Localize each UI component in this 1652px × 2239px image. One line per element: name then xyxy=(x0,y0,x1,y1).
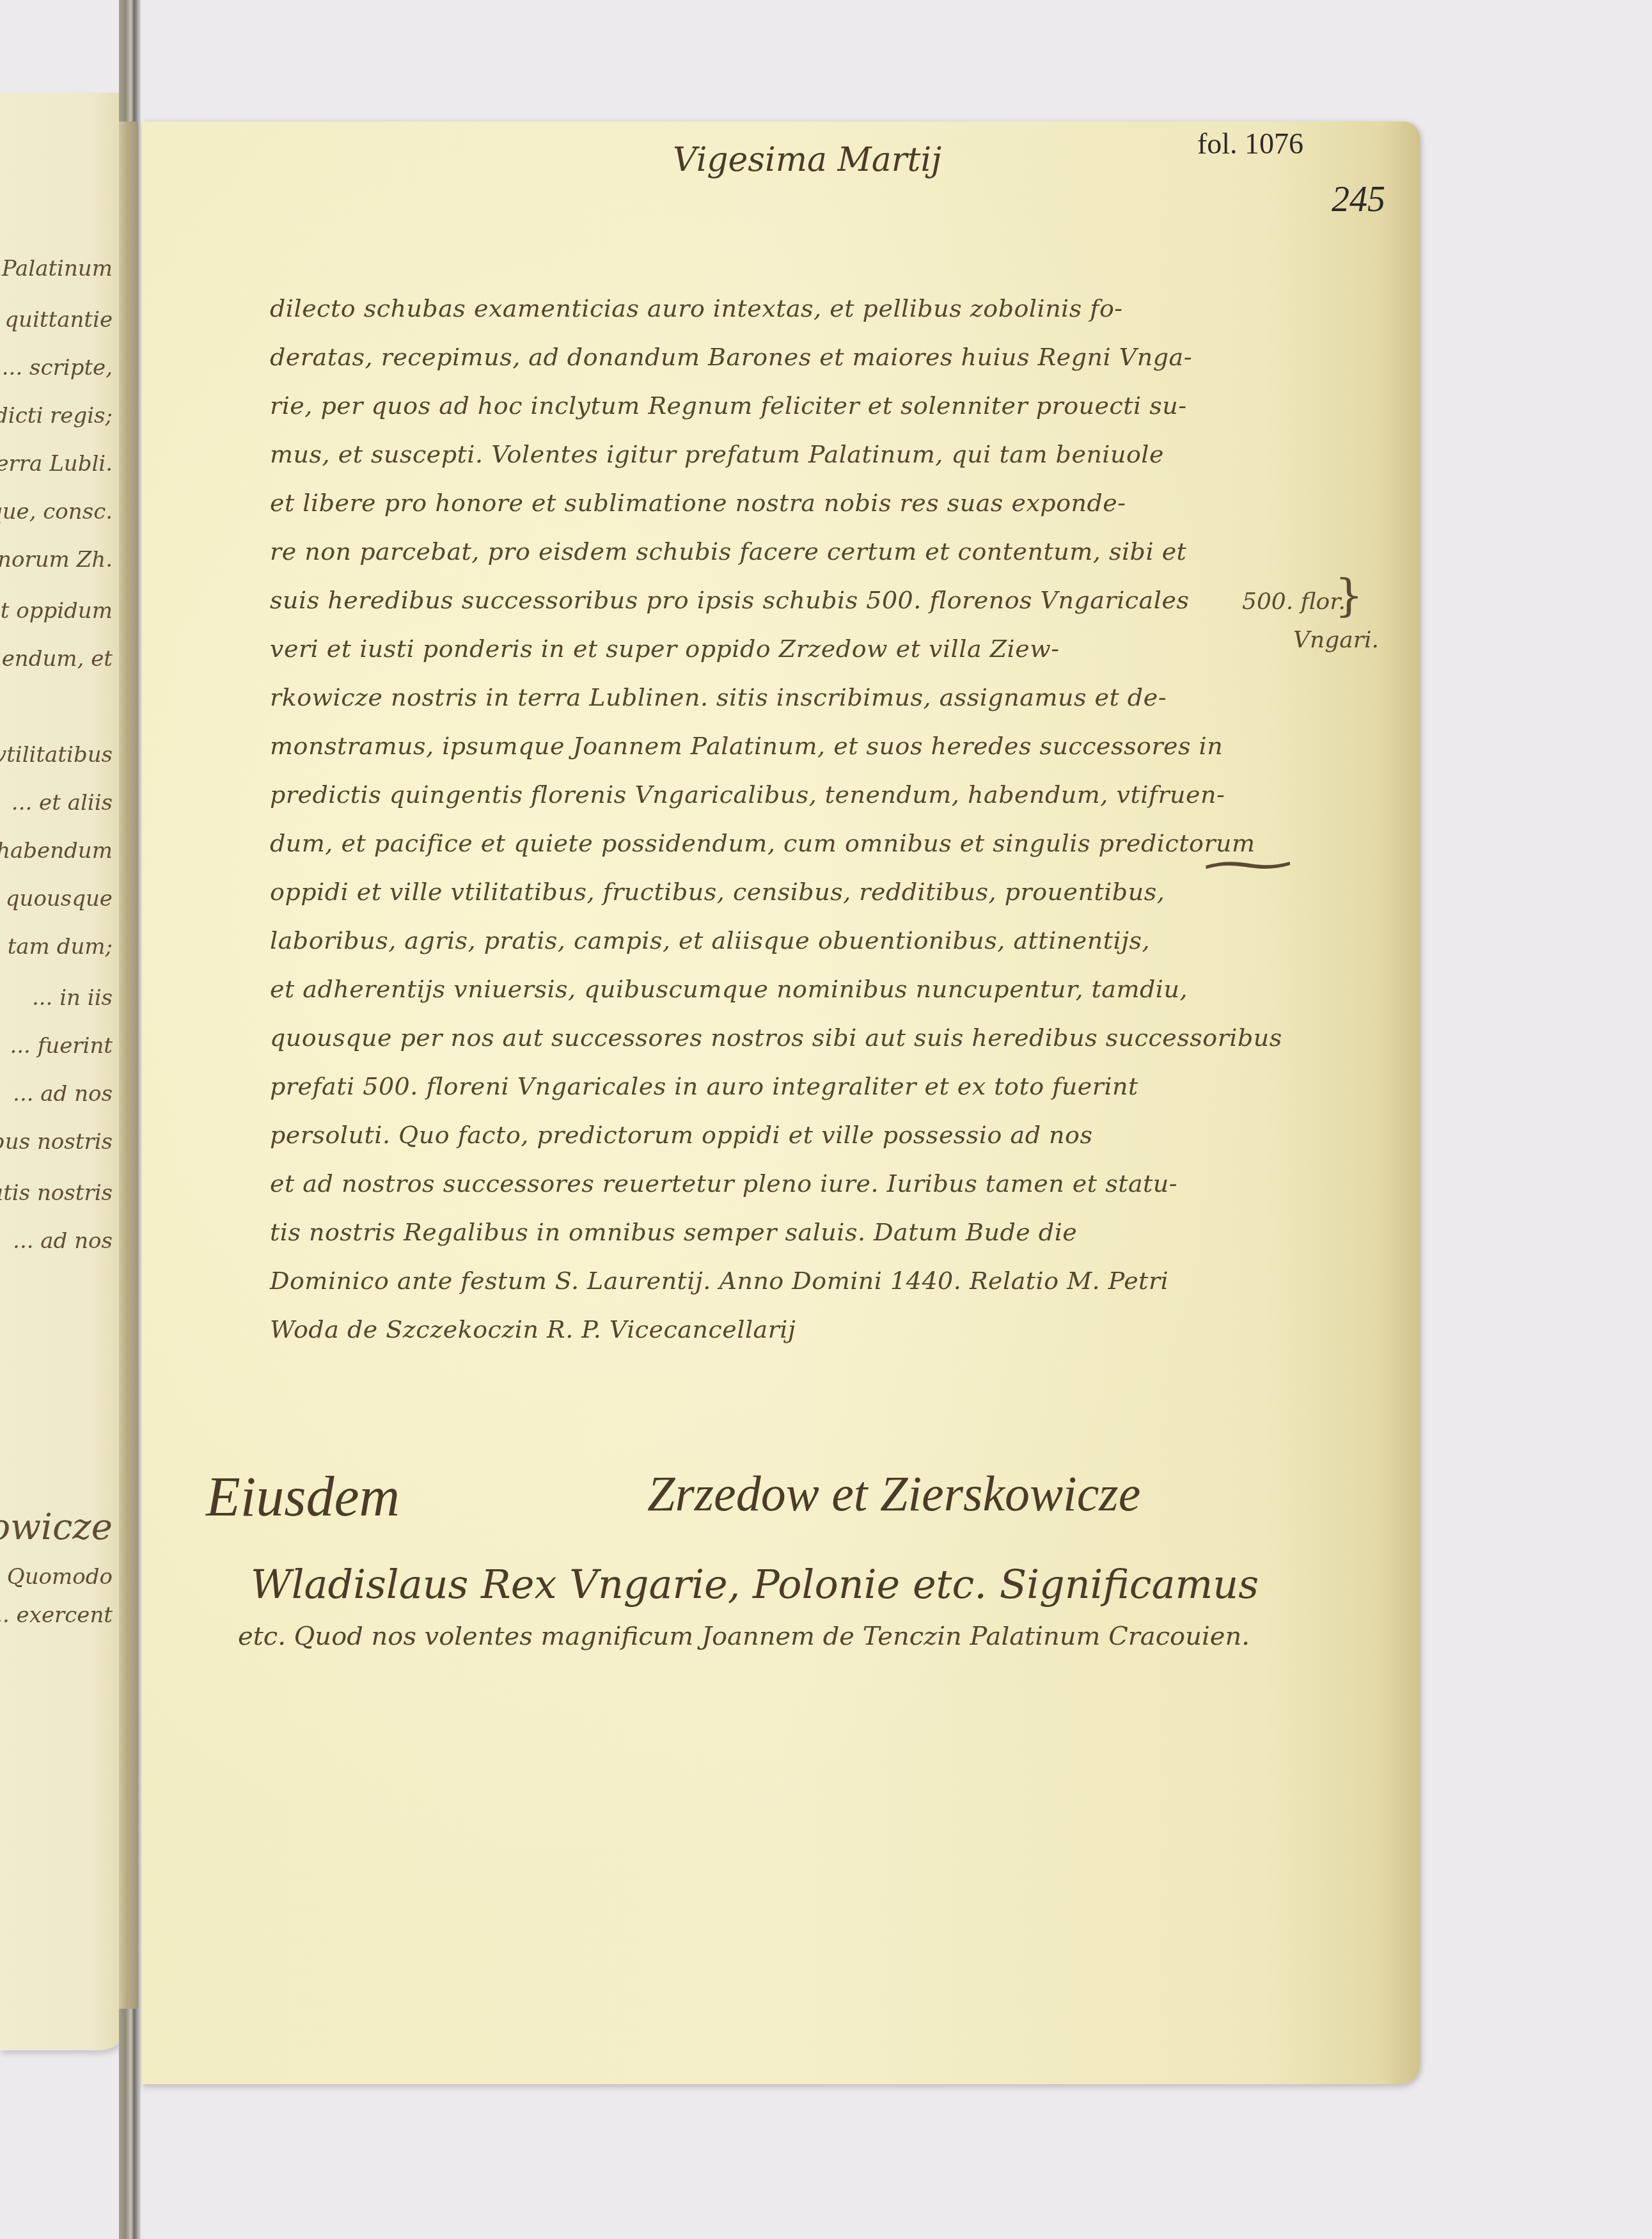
text-line: rie, per quos ad hoc inclytum Regnum fel… xyxy=(270,392,1187,420)
facing-line: ... dicti regis; xyxy=(0,403,113,429)
next-entry-title-left: Eiusdem xyxy=(206,1465,400,1530)
facing-line: ... ad nos xyxy=(13,1081,113,1107)
text-line: laboribus, agris, pratis, campis, et ali… xyxy=(270,926,1150,954)
facing-line: ... Quomodo xyxy=(0,1564,113,1590)
text-line: rkowicze nostris in terra Lublinen. siti… xyxy=(270,683,1167,711)
margin-note-amount: 500. flor. xyxy=(1242,589,1346,615)
facing-line: ... et oppidum xyxy=(0,598,113,624)
text-line: Dominico ante festum S. Laurentij. Anno … xyxy=(270,1267,1168,1295)
facing-line: ... ad nos xyxy=(13,1228,113,1254)
text-line: tis nostris Regalibus in omnibus semper … xyxy=(270,1218,1077,1246)
folio-reference: fol. 1076 xyxy=(1197,127,1303,161)
text-line: Woda de Szczekoczin R. P. Vicecancellari… xyxy=(270,1315,796,1343)
facing-line: ... scripte, xyxy=(2,355,113,381)
next-entry-incipit: Wladislaus Rex Vngarie, Polonie etc. Sig… xyxy=(251,1561,1259,1608)
text-line: et adherentijs vniuersis, quibuscumque n… xyxy=(270,975,1188,1003)
next-entry-title-right: Zrzedow et Zierskowicze xyxy=(647,1465,1140,1523)
facing-line: ... quittantie xyxy=(0,307,113,333)
text-line: deratas, recepimus, ad donandum Barones … xyxy=(270,343,1192,371)
facing-line: ... annorum Zh. xyxy=(0,547,113,573)
text-line: dilecto schubas examenticias auro intext… xyxy=(270,294,1123,322)
facing-line: ... in iis xyxy=(32,985,113,1011)
binding-edge xyxy=(119,122,138,2009)
margin-note-amount: Vngari. xyxy=(1293,627,1379,653)
running-heading: Vigesima Martij xyxy=(673,141,941,179)
facing-line: ... exercent xyxy=(0,1602,113,1628)
margin-dash-mark: ~ xyxy=(1192,838,1304,890)
text-line: dum, et pacifice et quiete possidendum, … xyxy=(270,829,1255,857)
manuscript-folio: Vigesima Martij fol. 1076 245 dilecto sc… xyxy=(142,122,1420,2084)
facing-line: ... vtilitatibus xyxy=(0,742,113,768)
text-line: et libere pro honore et sublimatione nos… xyxy=(270,489,1126,517)
facing-line: ... tenendum, et xyxy=(0,646,113,672)
facing-line: ... tam dum; xyxy=(0,934,113,960)
facing-line: ... statutis nostris xyxy=(0,1180,113,1206)
facing-line: ... terra Lubli. xyxy=(0,451,113,477)
facing-page: ... Palatinum ... quittantie ... scripte… xyxy=(0,93,122,2050)
facing-line: ... habendum xyxy=(0,838,113,864)
text-line: mus, et suscepti. Volentes igitur prefat… xyxy=(270,440,1164,468)
facing-line: ... iuribus nostris xyxy=(0,1129,113,1155)
facing-line: ... fuerint xyxy=(10,1033,113,1059)
text-line: monstramus, ipsumque Joannem Palatinum, … xyxy=(270,732,1223,760)
facing-line: ... et aliis xyxy=(12,790,113,816)
text-line: et ad nostros successores reuertetur ple… xyxy=(270,1169,1177,1198)
facing-line: ... Palatinum xyxy=(0,256,113,281)
text-line: persoluti. Quo facto, predictorum oppidi… xyxy=(270,1121,1092,1149)
text-line: prefati 500. floreni Vngaricales in auro… xyxy=(270,1072,1138,1100)
margin-brace-mark: } xyxy=(1335,569,1364,622)
facing-line: ... quisque, consc. xyxy=(0,499,113,525)
text-line: predictis quingentis florenis Vngaricali… xyxy=(270,780,1225,809)
page-number: 245 xyxy=(1332,179,1385,220)
text-line: veri et iusti ponderis in et super oppid… xyxy=(270,635,1060,663)
text-line: re non parcebat, pro eisdem schubis face… xyxy=(270,537,1186,566)
text-line: suis heredibus successoribus pro ipsis s… xyxy=(270,586,1189,614)
facing-heading-fragment: ...skowicze xyxy=(0,1507,113,1548)
text-line: quousque per nos aut successores nostros… xyxy=(270,1024,1282,1052)
facing-line: ... quousque xyxy=(0,886,113,912)
next-entry-second-line: etc. Quod nos volentes magnificum Joanne… xyxy=(238,1622,1250,1651)
text-line: oppidi et ville vtilitatibus, fructibus,… xyxy=(270,878,1165,906)
